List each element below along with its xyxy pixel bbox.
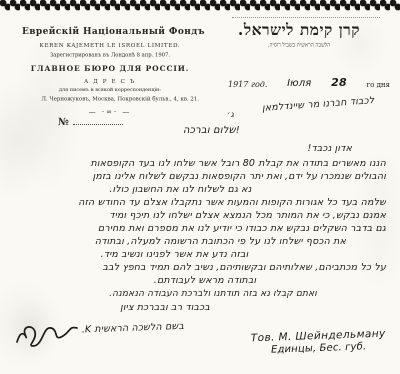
address-line: Л. Черножуковъ, Москва, Покровскій бульв… (41, 96, 178, 102)
body-line: הננו מאשרים בתודה את קבלת 80 רובל אשר של… (20, 157, 386, 170)
org-subtitle-hebrew: הלשכה הראשית בשביל רוסיה. (235, 42, 363, 48)
body-line: על כל מכתביהם, שאלותיהם ובקשותיהם, נשיב … (20, 261, 386, 274)
date-month-handwritten: Іюля (287, 78, 311, 89)
address-heading: А Д Р Е С Ъ (40, 78, 181, 84)
address-note: для писемъ и всякой корреспонденціи: (48, 87, 171, 93)
date-day-handwritten: 28 (331, 76, 347, 89)
body-line: שלמה בעד כל אגורות הקופות והמעות אשר נתק… (20, 196, 386, 209)
date-year: 1917 год. (228, 80, 267, 89)
body-line: גם בדבר השקלים נבקש את כבודו כי יודיע לנ… (20, 222, 386, 235)
closing-thanks-line: ואתם קבלו נא בזה תודתנו ולברכת העבודה הנ… (93, 289, 333, 299)
letter-body-handwritten: הננו מאשרים בתודה את קבלת 80 רובל אשר של… (20, 157, 386, 287)
handwritten-margin-mark: ג׳ (227, 110, 234, 119)
date-line: 1917 год. Іюля 28 го дня (228, 76, 390, 89)
org-name-russian: Еврейскій Національный Фондъ (22, 27, 198, 37)
org-name-transliteration: KEREN KAJEMETH LE ISROEL LIMITED. (40, 42, 181, 48)
letterhead-russian: Еврейскій Національный Фондъ KEREN KAJEM… (22, 27, 198, 116)
body-line: ובזה נדע את אשר לפנינו ונשיב מיד. (95, 248, 254, 261)
body-line: ובתודה מראש לעבודתם. (146, 274, 264, 287)
registration-line: Зарегистрированъ въ Лондонѣ 8 апр. 1907. (44, 52, 176, 58)
date-day-suffix: го дня (366, 81, 390, 89)
recipient-address-block: Тов. М. Шейндельману Единцы, Бес. губ. (251, 328, 387, 357)
number-blank-dots (73, 115, 123, 125)
bureau-line: ГЛАВНОЕ БЮРО ДЛЯ РОССІИ. (22, 64, 198, 73)
closing-respect-line: בכבוד רב ובברכת ציון (106, 302, 224, 313)
greeting-shalom: שלום וברכה! (183, 125, 240, 136)
body-line: והבולים שנמכרו על ידם, ואת יתר הקופסאות … (20, 170, 386, 183)
scanned-letter-page: Еврейскій Національный Фондъ KEREN KAJEM… (0, 0, 400, 374)
document-number-line: № (58, 115, 123, 128)
letterhead-hebrew: קרן קימת לישראל. הלשכה הראשית בשביל רוסי… (214, 20, 384, 50)
scalloped-edge-decoration (0, 0, 400, 11)
dotted-rule (232, 17, 380, 18)
org-name-hebrew: קרן קימת לישראל. (214, 20, 384, 40)
body-line: את הכסף ישלחו לנו על פי הכתובת הרשומה למ… (55, 235, 346, 248)
body-line: אמנם נבקש, כי את המותר מכל הנמצא אצלם יש… (20, 209, 386, 222)
number-sign-label: № (58, 117, 69, 128)
greeting-dear-sir: אדון נכבד! (307, 143, 352, 154)
body-line: נא גם לשלוח לנו את החשבון כולו. (105, 183, 256, 196)
handwritten-margin-note: לכבוד חברנו מר שיינדלמאן (261, 95, 374, 114)
